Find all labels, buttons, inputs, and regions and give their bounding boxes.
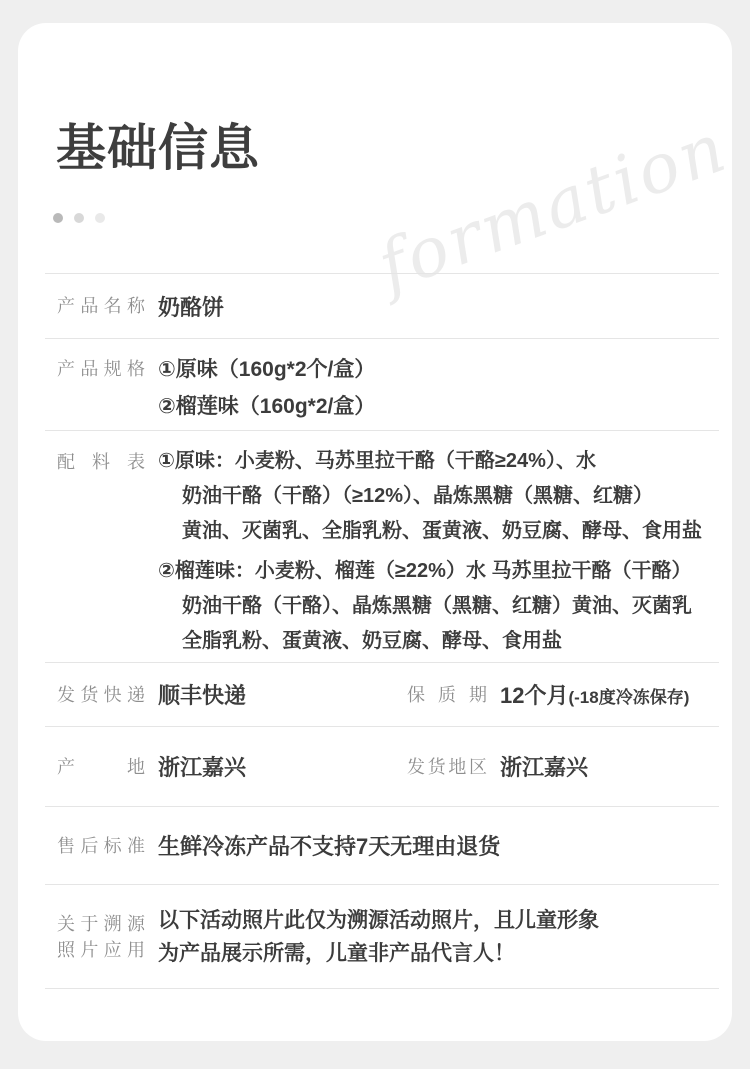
after-sales-value: 生鲜冷冻产品不支持7天无理由退货	[158, 830, 500, 861]
origin-pair: 产地 浙江嘉兴	[57, 751, 407, 782]
shipping-pair: 发货快递 顺丰快递	[57, 679, 407, 710]
ship-from-value: 浙江嘉兴	[500, 751, 588, 782]
shelf-life-value: 12个月(-18度冷冻保存)	[500, 679, 689, 710]
product-spec-label: 产品规格	[57, 351, 145, 382]
ingredients-block-original: ①原味：小麦粉、马苏里拉干酪（干酪≥24%）、水 奶油干酪（干酪）（≥12%）、…	[158, 444, 702, 549]
shelf-life-duration: 12个月	[500, 683, 568, 708]
info-table: 产品名称 奶酪饼 产品规格 ①原味（160g*2个/盒） ②榴莲味（160g*2…	[45, 273, 719, 989]
ingredients-line: 奶油干酪（干酪）（≥12%）、晶炼黑糖（黑糖、红糖）	[182, 479, 702, 514]
title-dots	[53, 213, 732, 223]
ingredients-line: ②榴莲味：小麦粉、榴莲（≥22%）水 马苏里拉干酪（干酪）	[158, 554, 702, 589]
ingredients-block-durian: ②榴莲味：小麦粉、榴莲（≥22%）水 马苏里拉干酪（干酪） 奶油干酪（干酪）、晶…	[158, 554, 702, 659]
shelf-life-label: 保质期	[407, 682, 487, 708]
info-row-ingredients: 配料表 ①原味：小麦粉、马苏里拉干酪（干酪≥24%）、水 奶油干酪（干酪）（≥1…	[45, 431, 719, 663]
info-row-shipping-shelf-life: 发货快递 顺丰快递 保质期 12个月(-18度冷冻保存)	[45, 663, 719, 727]
info-row-trace-photos: 关于溯源照片应用 以下活动照片此仅为溯源活动照片，且儿童形象 为产品展示所需，儿…	[45, 885, 719, 989]
dot-icon	[74, 213, 84, 223]
origin-label: 产地	[57, 754, 145, 780]
dot-icon	[95, 213, 105, 223]
after-sales-label: 售后标准	[57, 833, 145, 859]
trace-photos-line: 以下活动照片此仅为溯源活动照片，且儿童形象	[158, 904, 599, 937]
ingredients-line: 全脂乳粉、蛋黄液、奶豆腐、酵母、食用盐	[182, 624, 702, 659]
info-row-origin-shipfrom: 产地 浙江嘉兴 发货地区 浙江嘉兴	[45, 727, 719, 807]
shelf-life-pair: 保质期 12个月(-18度冷冻保存)	[407, 679, 689, 710]
spec-line: ②榴莲味（160g*2/盒）	[158, 388, 375, 425]
shipping-label: 发货快递	[57, 682, 145, 708]
ingredients-line: 黄油、灭菌乳、全脂乳粉、蛋黄液、奶豆腐、酵母、食用盐	[182, 514, 702, 549]
trace-photos-value: 以下活动照片此仅为溯源活动照片，且儿童形象 为产品展示所需，儿童非产品代言人！	[158, 904, 599, 970]
section-title: 基础信息	[56, 119, 732, 177]
product-name-label: 产品名称	[57, 293, 145, 319]
basic-info-card: formation 基础信息 产品名称 奶酪饼 产品规格 ①原味（160g*2个…	[18, 23, 732, 1041]
info-row-after-sales: 售后标准 生鲜冷冻产品不支持7天无理由退货	[45, 807, 719, 885]
product-name-value: 奶酪饼	[158, 291, 224, 322]
shipping-value: 顺丰快递	[158, 679, 246, 710]
trace-photos-line: 为产品展示所需，儿童非产品代言人！	[158, 937, 599, 970]
ingredients-line: ①原味：小麦粉、马苏里拉干酪（干酪≥24%）、水	[158, 444, 702, 479]
spec-line: ①原味（160g*2个/盒）	[158, 351, 375, 388]
product-spec-value: ①原味（160g*2个/盒） ②榴莲味（160g*2/盒）	[158, 351, 375, 425]
ship-from-label: 发货地区	[407, 754, 487, 780]
origin-value: 浙江嘉兴	[158, 751, 246, 782]
info-row-product-name: 产品名称 奶酪饼	[45, 274, 719, 339]
ingredients-line: 奶油干酪（干酪）、晶炼黑糖（黑糖、红糖）黄油、灭菌乳	[182, 589, 702, 624]
shelf-life-storage-note: (-18度冷冻保存)	[568, 688, 689, 707]
info-row-product-spec: 产品规格 ①原味（160g*2个/盒） ②榴莲味（160g*2/盒）	[45, 339, 719, 431]
ingredients-label: 配料表	[57, 444, 145, 475]
dot-icon	[53, 213, 63, 223]
product-basic-info-page: { "colors": { "background": "#efefef", "…	[0, 0, 750, 1069]
ship-from-pair: 发货地区 浙江嘉兴	[407, 751, 588, 782]
trace-photos-label: 关于溯源照片应用	[57, 911, 145, 963]
ingredients-value: ①原味：小麦粉、马苏里拉干酪（干酪≥24%）、水 奶油干酪（干酪）（≥12%）、…	[158, 444, 702, 659]
